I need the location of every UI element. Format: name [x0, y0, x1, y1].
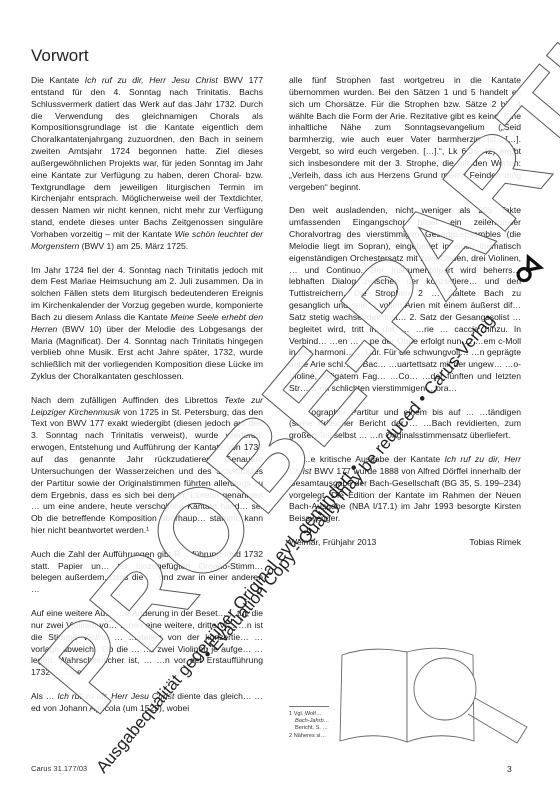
paragraph: Auf eine weitere Au… …e Änderung in der …	[31, 608, 263, 679]
paragraph: … …ographer Partitur und einem bis auf ……	[289, 407, 521, 443]
text-run: … …ographer Partitur und einem bis auf ……	[289, 407, 521, 441]
text-run: (BWV 1) am 25. März 1725.	[79, 241, 188, 251]
italic-title: Ich ruf zu dir, Herr Jesu Christ	[85, 75, 218, 85]
page-title: Vorwort	[31, 46, 89, 66]
page-number: 3	[507, 764, 512, 774]
text-run: BWV 177 wurde 1888 von Alfred Dörffel in…	[289, 466, 521, 523]
footnote-2: 2 Näheres si…	[289, 733, 329, 740]
text-run: Auch die Zahl der Aufführungen gibt R… f…	[31, 549, 263, 595]
text-run: Nach dem zufälligen Auffinden des Libret…	[31, 395, 224, 405]
paragraph: Als … Ich ruf zu dir, Herr Jesu Christ d…	[31, 691, 263, 715]
right-column: alle fünf Strophen fast wortgetreu in di…	[289, 75, 521, 549]
text-run: BWV 177 entstand für den 4. Sonntag nach…	[31, 75, 263, 239]
left-column: Die Kantate Ich ruf zu dir, Herr Jesu Ch…	[31, 75, 263, 726]
paragraph: Auch die Zahl der Aufführungen gibt R… f…	[31, 549, 263, 596]
text-run: Die Kantate	[31, 75, 85, 85]
footnote-1-line3: Bericht, S. …	[289, 725, 329, 732]
text-run: Als …	[31, 691, 57, 701]
paragraph: Den weit ausladenden, nicht weniger als …	[289, 205, 521, 395]
text-run: … …e kritische Ausgabe der Kantate	[289, 454, 445, 464]
signature-place-date: Weimar, Frühjahr 2013	[289, 537, 376, 549]
paragraph: Die Kantate Ich ruf zu dir, Herr Jesu Ch…	[31, 75, 263, 253]
footnote-1: 1 Vgl. Wolf…	[289, 711, 329, 718]
text-run: von 1725 in St. Petersburg, das den Text…	[31, 407, 263, 535]
document-page: Vorwort Die Kantate Ich ruf zu dir, Herr…	[0, 0, 560, 800]
book-magnifier-icon	[340, 648, 527, 743]
text-run: Den weit ausladenden, nicht weniger als …	[289, 205, 521, 393]
paragraph: alle fünf Strophen fast wortgetreu in di…	[289, 75, 521, 193]
signature: Weimar, Frühjahr 2013Tobias Rimek	[289, 537, 521, 549]
italic-title: Ich ruf zu dir, Herr Jesu Christ	[57, 691, 174, 701]
catalog-number: Carus 31.177/03	[31, 764, 87, 773]
footnotes: 1 Vgl. Wolf… Bach-Jahrb… Bericht, S. … 2…	[289, 706, 329, 740]
text-run: (BWV 10) über der Melodie des Lobgesangs…	[31, 324, 263, 381]
text-run: alle fünf Strophen fast wortgetreu in di…	[289, 75, 521, 192]
signature-author: Tobias Rimek	[469, 537, 521, 549]
paragraph: … …e kritische Ausgabe der Kantate Ich r…	[289, 454, 521, 525]
italic-title: Violino	[83, 632, 109, 642]
paragraph: Nach dem zufälligen Auffinden des Libret…	[31, 395, 263, 537]
paragraph: Im Jahr 1724 fiel der 4. Sonntag nach Tr…	[31, 265, 263, 383]
footnote-1-line2: Bach-Jahrb…	[289, 718, 329, 725]
